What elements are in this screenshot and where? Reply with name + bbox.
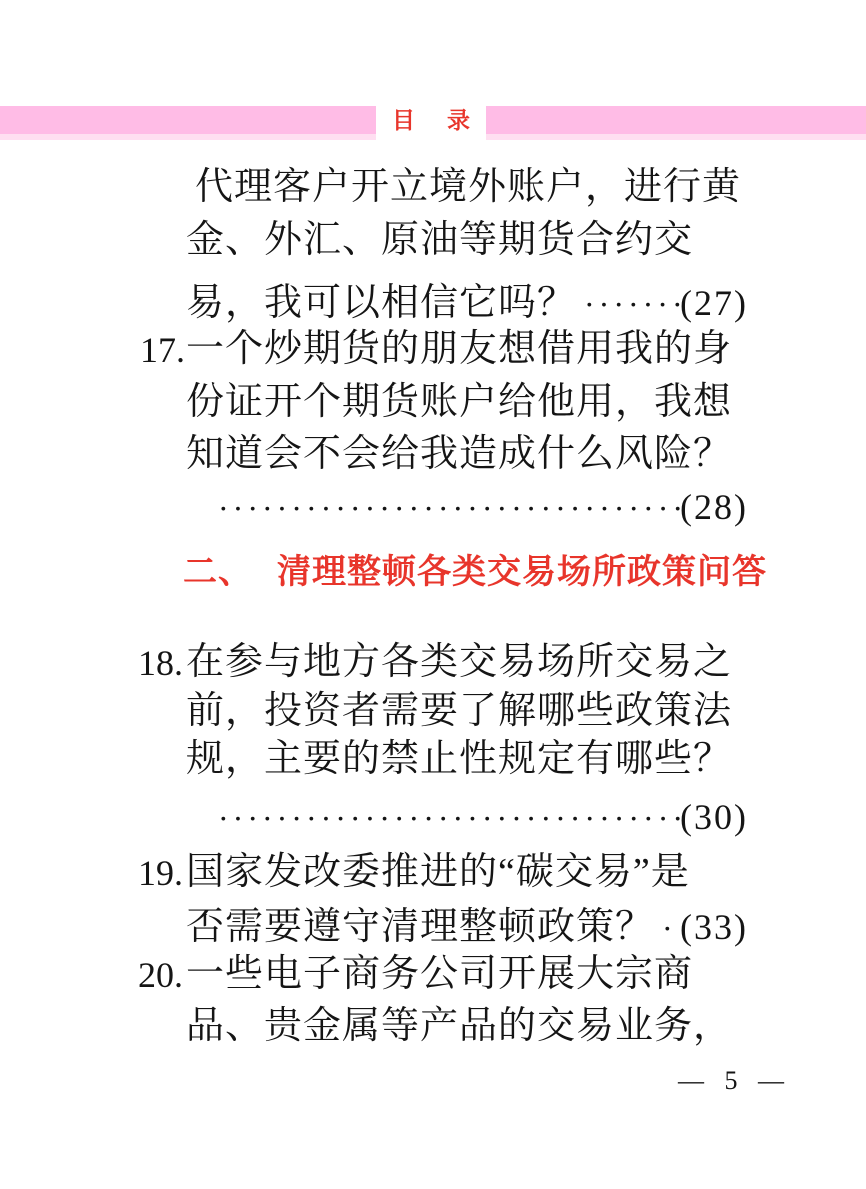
toc-entry-17-leader-line: ········································… — [210, 486, 748, 528]
toc-title-box: 目 录 — [376, 100, 486, 140]
toc-entry-16-leader-dots: ············· — [576, 286, 680, 323]
toc-entry-16-page-number: (27) — [680, 282, 748, 324]
toc-entry-17-line-3: 知道会不会给我造成什么风险？ — [186, 433, 732, 476]
toc-entry-16-line-1: 代理客户开立境外账户，进行黄 — [195, 166, 741, 209]
toc-entry-17-line-1: 一个炒期货的朋友想借用我的身 — [186, 328, 732, 371]
toc-entry-19-number: 19. — [138, 853, 183, 893]
toc-title-char-mu: 目 — [392, 109, 415, 132]
toc-entry-18-leader-line: ········································… — [210, 796, 748, 838]
toc-entry-17-leader-dots: ········································… — [210, 490, 680, 527]
toc-entry-18-number: 18. — [138, 643, 183, 683]
toc-entry-20-number: 20. — [138, 955, 183, 995]
toc-entry-20-line-2: 品、贵金属等产品的交易业务， — [186, 1005, 732, 1048]
toc-entry-16-line-3: 易，我可以相信它吗？ ············· (27) — [186, 271, 748, 326]
toc-entry-18-page-number: (30) — [680, 796, 748, 838]
section-2-title: 清理整顿各类交易场所政策问答 — [277, 553, 767, 591]
toc-entry-16-line-2: 金、外汇、原油等期货合约交 — [186, 219, 693, 262]
toc-entry-19-leader-dots: ······ — [654, 910, 680, 947]
toc-entry-16-line-3-text: 易，我可以相信它吗？ — [186, 271, 576, 326]
toc-entry-19-line-1: 国家发改委推进的“碳交易”是 — [186, 851, 690, 894]
book-toc-page: 目 录 代理客户开立境外账户，进行黄 金、外汇、原油等期货合约交 易，我可以相信… — [0, 0, 866, 1189]
toc-entry-19-line-2-text: 否需要遵守清理整顿政策？ — [186, 895, 654, 950]
toc-entry-17-number: 17. — [140, 330, 185, 370]
section-2-heading: 二、 清理整顿各类交易场所政策问答 — [183, 553, 767, 591]
toc-entry-19-line-2: 否需要遵守清理整顿政策？ ······ (33) — [186, 895, 748, 950]
toc-entry-20-line-1: 一些电子商务公司开展大宗商 — [186, 953, 693, 996]
section-2-index: 二、 — [183, 553, 253, 591]
toc-entry-18-line-1: 在参与地方各类交易场所交易之 — [186, 641, 732, 684]
toc-entry-18-line-2: 前，投资者需要了解哪些政策法 — [186, 690, 732, 733]
toc-title-char-lu: 录 — [447, 109, 470, 132]
toc-entry-18-leader-dots: ········································… — [210, 800, 680, 837]
page-folio: — 5 — — [678, 1066, 791, 1096]
toc-entry-18-line-3: 规，主要的禁止性规定有哪些？ — [186, 738, 732, 781]
toc-entry-19-page-number: (33) — [680, 906, 748, 948]
toc-entry-17-line-2: 份证开个期货账户给他用，我想 — [186, 381, 732, 424]
toc-entry-17-page-number: (28) — [680, 486, 748, 528]
